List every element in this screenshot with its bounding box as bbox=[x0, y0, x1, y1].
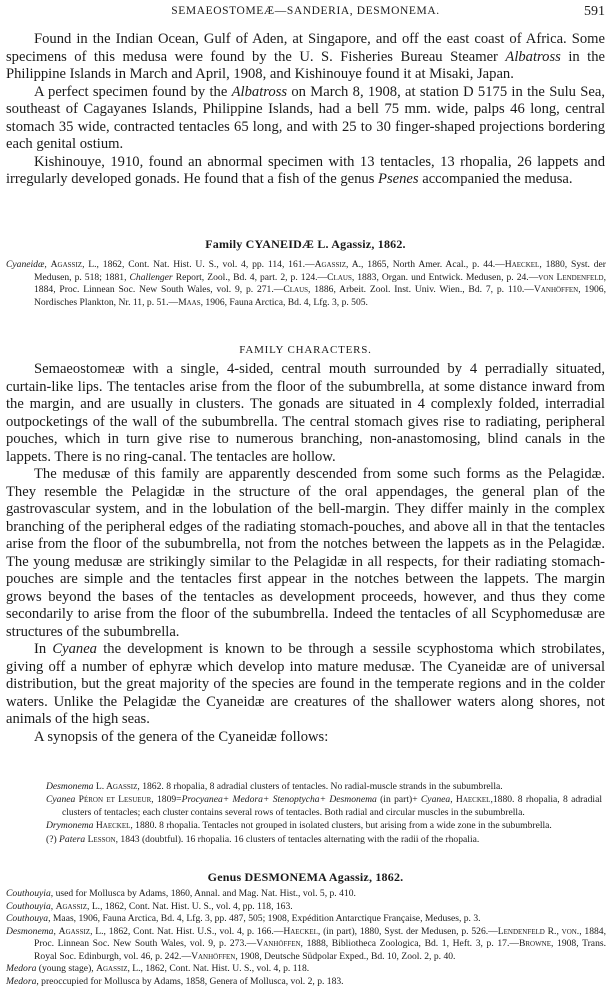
synonymy-entry: Medora, preoccupied for Mollusca by Adam… bbox=[6, 976, 606, 989]
family-heading: Family CYANEIDÆ L. Agassiz, 1862. bbox=[0, 237, 611, 252]
synopsis-entry-desmonema: Desmonema L. Agassiz, 1862. 8 rhopalia, … bbox=[46, 781, 602, 793]
paragraph: Found in the Indian Ocean, Gulf of Aden,… bbox=[6, 31, 605, 84]
synonymy-entry: Couthouyia, used for Mollusca by Adams, … bbox=[6, 888, 606, 901]
synonymy-entry: Couthouyia, Agassiz, L., 1862, Cont. Nat… bbox=[6, 901, 606, 914]
book-page: SEMAEOSTOMEÆ—SANDERIA, DESMONEMA. 591 Fo… bbox=[0, 0, 611, 994]
paragraph: A synopsis of the genera of the Cyaneidæ… bbox=[6, 729, 605, 747]
paragraph: A perfect specimen found by the Albatros… bbox=[6, 84, 605, 154]
intro-text: Found in the Indian Ocean, Gulf of Aden,… bbox=[6, 31, 605, 189]
page-number: 591 bbox=[584, 4, 605, 20]
paragraph: The medusæ of this family are apparently… bbox=[6, 466, 605, 641]
family-synonymy: Cyaneidæ, Agassiz, L., 1862, Cont. Nat. … bbox=[6, 259, 606, 309]
synopsis-entry-cyanea: Cyanea Péron et Lesueur, 1809=Procyanea+… bbox=[46, 794, 602, 819]
running-head: SEMAEOSTOMEÆ—SANDERIA, DESMONEMA. 591 bbox=[0, 4, 611, 20]
synonymy-entry: Medora (young stage), Agassiz, L., 1862,… bbox=[6, 963, 606, 976]
genera-synopsis: Desmonema L. Agassiz, 1862. 8 rhopalia, … bbox=[46, 781, 602, 847]
paragraph: Semaeostomeæ with a single, 4-sided, cen… bbox=[6, 361, 605, 466]
genus-synonymy: Couthouyia, used for Mollusca by Adams, … bbox=[6, 888, 606, 988]
genus-heading: Genus DESMONEMA Agassiz, 1862. bbox=[0, 870, 611, 885]
synopsis-entry-patera: (?) Patera Lesson, 1843 (doubtful). 16 r… bbox=[46, 834, 602, 846]
paragraph: In Cyanea the development is known to be… bbox=[6, 641, 605, 729]
paragraph: Kishinouye, 1910, found an abnormal spec… bbox=[6, 154, 605, 189]
synonymy-entry: Cyaneidæ, Agassiz, L., 1862, Cont. Nat. … bbox=[6, 259, 606, 309]
synonymy-entry: Desmonema, Agassiz, L., 1862, Cont. Nat.… bbox=[6, 926, 606, 964]
running-title: SEMAEOSTOMEÆ—SANDERIA, DESMONEMA. bbox=[0, 5, 611, 17]
family-characters-heading: FAMILY CHARACTERS. bbox=[0, 344, 611, 356]
synonymy-entry: Couthouya, Maas, 1906, Fauna Arctica, Bd… bbox=[6, 913, 606, 926]
family-characters-text: Semaeostomeæ with a single, 4-sided, cen… bbox=[6, 361, 605, 746]
synopsis-entry-drymonema: Drymonema Haeckel, 1880. 8 rhopalia. Ten… bbox=[46, 820, 602, 832]
